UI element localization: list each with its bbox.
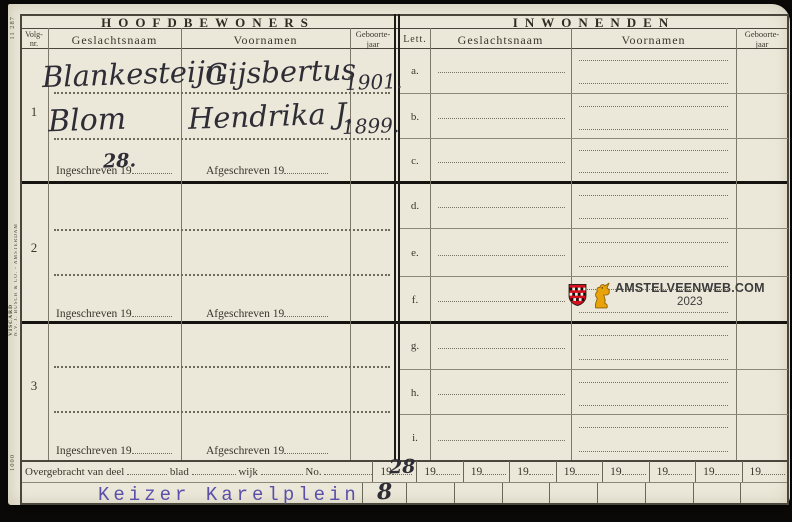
writing-line (438, 255, 565, 256)
afgeschreven-label: Afgeschreven 19 (206, 165, 284, 177)
year-cell: 19 (416, 461, 462, 482)
dotted-leader (622, 465, 646, 475)
row-number-2: 2 (20, 240, 48, 256)
row-letter: h. (400, 370, 430, 415)
row-number-1: 1 (20, 104, 48, 120)
watermark-site: AMSTELVEENWEB.COM (615, 281, 765, 295)
inwonenden-row-i: i. (400, 414, 788, 461)
handwriting-firstname-2: Hendrika J. (188, 99, 354, 134)
afgeschreven-row-2: Afgeschreven 19 (206, 307, 328, 320)
ingeschreven-row-2: Ingeschreven 19 (56, 307, 172, 320)
handwriting-birthyear-1: 1901. (345, 71, 403, 93)
dotted-leader (436, 465, 460, 475)
watermark: AMSTELVEENWEB.COM 2023 (568, 281, 765, 309)
afgeschreven-row-3: Afgeschreven 19 (206, 444, 328, 457)
writing-line (54, 411, 390, 413)
handwriting-firstname-1: Gijsbertus (205, 55, 357, 89)
scanned-register-card: 11 287 VISCARD N.V. J. BUSCH & CO. - AMS… (0, 0, 792, 522)
transfer-row: Overgebracht van deel blad wijk No. 19 2… (20, 461, 788, 482)
address-row: Keizer Karelplein 8 (20, 483, 788, 503)
dotted-leader (284, 307, 328, 317)
year-cell: 19 (556, 461, 602, 482)
address-cell: Keizer Karelplein (20, 483, 362, 503)
empty-cell (549, 483, 597, 503)
dotted-leader (575, 465, 599, 475)
no-label: No. (305, 466, 321, 478)
printer-name: N.V. J. BUSCH & CO. - AMSTERDAM (14, 186, 19, 336)
row-letter: a. (400, 48, 430, 93)
handwriting-surname-1: Blankesteijn (42, 57, 225, 92)
street-stamp: Keizer Karelplein (98, 484, 360, 506)
writing-line (579, 83, 728, 84)
ingeschreven-label: Ingeschreven 19 (56, 445, 132, 457)
afgeschreven-row-1: Afgeschreven 19 (206, 164, 328, 177)
writing-line (438, 118, 565, 119)
empty-cell (406, 483, 454, 503)
dotted-leader (127, 465, 167, 475)
row-letter: d. (400, 183, 430, 228)
writing-line (579, 60, 728, 61)
inwonenden-row-g: g. (400, 323, 788, 369)
dotted-leader (324, 465, 372, 475)
inwonenden-row-b: b. (400, 93, 788, 139)
dotted-leader (284, 444, 328, 454)
year-prefix: 19 (471, 466, 483, 478)
inwonenden-row-c: c. (400, 138, 788, 182)
writing-line (54, 366, 390, 368)
hoofdbewoners-section: 1 Blankesteijn Gijsbertus 1901. Blom Hen… (20, 28, 396, 460)
writing-line (438, 348, 565, 349)
ingeschreven-label: Ingeschreven 19 (56, 308, 132, 320)
year-prefix: 19 (610, 466, 622, 478)
wijk-label: wijk (238, 466, 258, 478)
year-prefix: 19 (750, 466, 762, 478)
writing-line (438, 394, 565, 395)
inwonenden-row-h: h. (400, 369, 788, 415)
writing-line (54, 274, 390, 276)
row-letter: e. (400, 229, 430, 277)
watermark-text: AMSTELVEENWEB.COM 2023 (615, 281, 765, 309)
house-number-cell: 8 (362, 483, 406, 503)
blad-label: blad (170, 466, 189, 478)
dotted-leader (529, 465, 553, 475)
year-cell: 19 (649, 461, 695, 482)
writing-line (579, 266, 728, 267)
watermark-year: 2023 (615, 296, 765, 309)
dotted-leader (261, 465, 303, 475)
inwonenden-row-a: a. (400, 48, 788, 93)
margin-print-run: 1000 (9, 454, 16, 471)
row-letter: i. (400, 415, 430, 461)
writing-line (438, 301, 565, 302)
inwonenden-row-d: d. (400, 183, 788, 228)
row-letter: g. (400, 323, 430, 369)
year-cell: 19 (742, 461, 788, 482)
handwriting-year-28: 28 (389, 458, 416, 478)
writing-line (438, 162, 565, 163)
handwriting-ingeschreven-year-1: 28. (103, 151, 137, 171)
empty-cell (740, 483, 788, 503)
transfer-cell: Overgebracht van deel blad wijk No. (20, 461, 372, 482)
empty-cell (693, 483, 741, 503)
year-prefix: 19 (424, 466, 436, 478)
writing-line (579, 129, 728, 130)
empty-cell (597, 483, 645, 503)
year-prefix: 19 (703, 466, 715, 478)
writing-line (438, 440, 565, 441)
writing-line (579, 359, 728, 360)
ingeschreven-row-3: Ingeschreven 19 (56, 444, 172, 457)
handwriting-surname-2: Blom (48, 105, 127, 138)
margin-serial-number: 11 287 (9, 16, 16, 40)
dotted-leader (761, 465, 785, 475)
year-cell: 19 (463, 461, 509, 482)
writing-line (579, 312, 728, 313)
writing-line (438, 72, 565, 73)
row-number-3: 3 (20, 378, 48, 394)
year-cell: 19 (695, 461, 741, 482)
dotted-leader (668, 465, 692, 475)
writing-line (54, 138, 390, 140)
writing-line (579, 150, 728, 151)
dotted-leader (132, 164, 172, 174)
afgeschreven-label: Afgeschreven 19 (206, 445, 284, 457)
writing-line (579, 218, 728, 219)
inwonenden-section: a. b. c. d. (400, 28, 788, 460)
handwriting-house-number: 8 (377, 481, 393, 504)
writing-line (438, 207, 565, 208)
writing-line (579, 405, 728, 406)
writing-line (579, 242, 728, 243)
empty-cell (645, 483, 693, 503)
writing-line (579, 195, 728, 196)
year-prefix: 19 (657, 466, 669, 478)
empty-cell (454, 483, 502, 503)
writing-line (579, 427, 728, 428)
dotted-leader (192, 465, 236, 475)
row-letter: f. (400, 277, 430, 322)
year-cell: 19 (602, 461, 648, 482)
lion-icon (590, 281, 612, 309)
dotted-leader (132, 307, 172, 317)
writing-line (579, 382, 728, 383)
dotted-leader (715, 465, 739, 475)
empty-cell (502, 483, 550, 503)
writing-line (579, 451, 728, 452)
writing-line (54, 92, 390, 94)
dotted-leader (132, 444, 172, 454)
afgeschreven-label: Afgeschreven 19 (206, 308, 284, 320)
row-letter: b. (400, 94, 430, 139)
overgebracht-label: Overgebracht van deel (25, 466, 124, 478)
writing-line (54, 229, 390, 231)
printer-imprint: VISCARD N.V. J. BUSCH & CO. - AMSTERDAM (8, 186, 19, 336)
paper-card: 11 287 VISCARD N.V. J. BUSCH & CO. - AMS… (8, 4, 790, 505)
dotted-leader (482, 465, 506, 475)
writing-line (579, 106, 728, 107)
year-prefix: 19 (517, 466, 529, 478)
year-prefix: 19 (564, 466, 576, 478)
row-letter: c. (400, 139, 430, 182)
inwonenden-row-e: e. (400, 228, 788, 277)
year-cell: 19 (509, 461, 555, 482)
handwriting-birthyear-2: 1899. (342, 115, 400, 137)
writing-line (579, 172, 728, 173)
writing-line (579, 335, 728, 336)
dotted-leader (284, 164, 328, 174)
amstelveen-shield-icon (568, 283, 587, 307)
